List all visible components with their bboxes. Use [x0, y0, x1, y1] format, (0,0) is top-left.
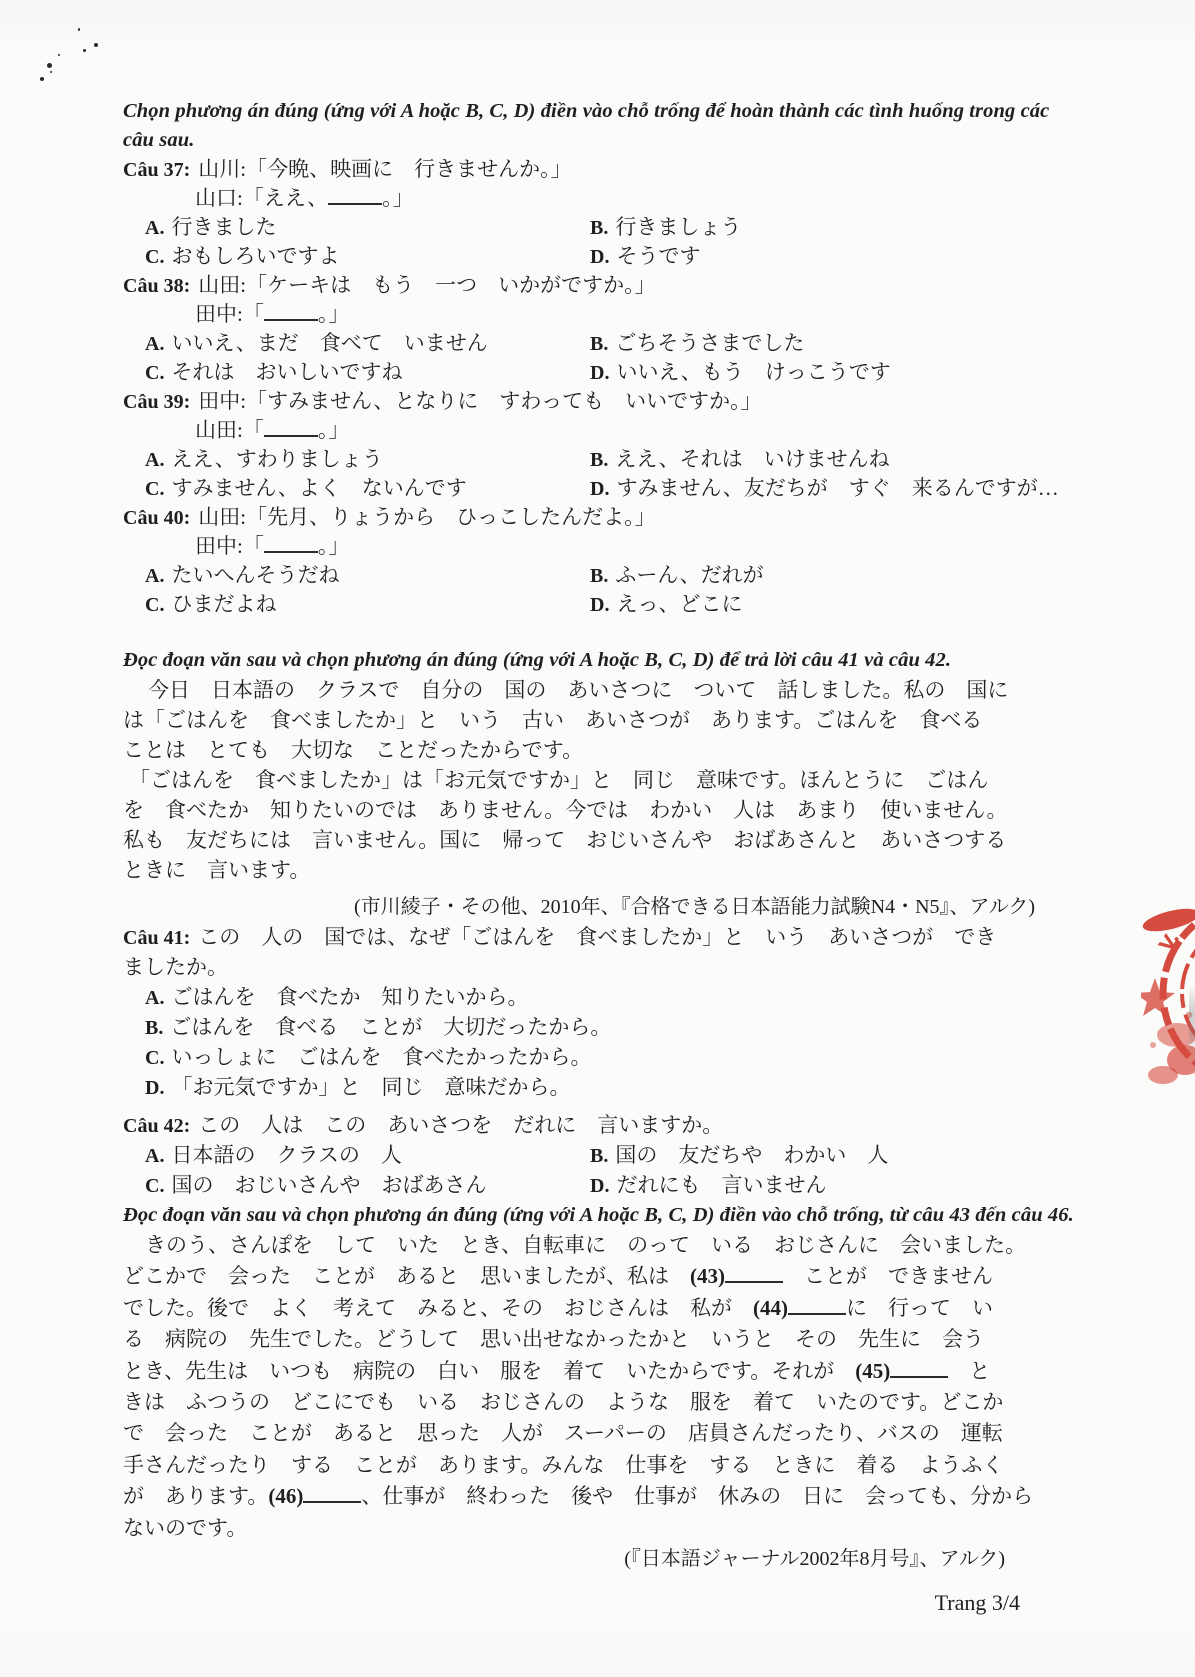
dialogue-text: 山田:「ケーキは もう 一つ いかがですか。」: [198, 273, 655, 297]
option-text: ごちそうさまでした: [615, 331, 804, 355]
option-row: C.すみません、よく ないんです D.すみません、友だちが すぐ 来るんですが…: [145, 474, 1035, 503]
blank-underline: [264, 302, 318, 321]
question-41-line-2: ましたか。: [123, 952, 1035, 982]
option-text: いっしょに ごはんを 食べたかったから。: [171, 1045, 591, 1069]
option-a: A.ごはんを 食べたか 知りたいから。: [145, 982, 1035, 1012]
option-letter: A.: [145, 449, 164, 471]
option-letter: B.: [590, 1145, 608, 1167]
passage-line: きのう、さんぽを して いた とき、自転車に のって いる おじさんに 会いまし…: [145, 1230, 1035, 1261]
option-letter: C.: [145, 1175, 164, 1197]
option-text: 行きましょう: [615, 215, 741, 239]
option-letter: A.: [145, 217, 164, 239]
option-letter: A.: [145, 565, 164, 587]
section-instruction-line-2: câu sau.: [123, 126, 1035, 155]
option-text: 日本語の クラスの 人: [171, 1143, 401, 1167]
option-a: A.日本語の クラスの 人: [145, 1140, 590, 1170]
question-label: Câu 39:: [123, 391, 190, 413]
red-stamp: V.: [1141, 895, 1195, 1090]
question-40-dialogue-2: 田中:「。」: [195, 532, 1035, 561]
option-a: A.ええ、すわりましょう: [145, 445, 590, 474]
ink-speck: [50, 71, 52, 73]
option-a: A.行きました: [145, 213, 590, 242]
question-38-dialogue-2: 田中:「。」: [195, 300, 1035, 329]
section-instruction-line-1: Chọn phương án đúng (ứng với A hoặc B, C…: [123, 97, 1035, 126]
option-letter: A.: [145, 333, 164, 355]
stamp-dot: [1150, 1042, 1156, 1048]
option-row: A.たいへんそうだね B.ふーん、だれが: [145, 561, 1035, 590]
option-letter: B.: [145, 1017, 163, 1039]
option-b: B.ごはんを 食べる ことが 大切だったから。: [145, 1012, 1035, 1042]
ink-speck: [94, 43, 98, 47]
question-label: Câu 37:: [123, 159, 190, 181]
option-c: C.ひまだよね: [145, 590, 590, 619]
option-c: C.おもしろいですよ: [145, 242, 590, 271]
blank-number-44: (44): [753, 1296, 788, 1320]
passage-line: 今日 日本語の クラスで 自分の 国の あいさつに ついて 話しました。私の 国…: [148, 675, 1035, 705]
passage-text: どこかで 会った ことが あると 思いましたが、私は: [123, 1264, 690, 1288]
dialogue-text: 。」: [382, 186, 414, 210]
passage-text: と: [948, 1359, 990, 1383]
ink-speck: [40, 77, 44, 81]
passage-line: ないのです。: [123, 1513, 1035, 1544]
question-37-dialogue-2: 山口:「ええ、。」: [195, 184, 1035, 213]
blank-number-43: (43): [690, 1264, 725, 1288]
dialogue-text: 田中:「すみません、となりに すわっても いいですか。」: [198, 389, 761, 413]
option-text: すみません、よく ないんです: [171, 476, 466, 500]
dialogue-text: 。」: [318, 302, 350, 326]
option-letter: C.: [145, 246, 164, 268]
dialogue-text: 田中:「: [195, 302, 264, 326]
option-letter: D.: [590, 362, 609, 384]
option-text: 国の 友だちや わかい 人: [615, 1143, 888, 1167]
dialogue-text: 。」: [318, 418, 350, 442]
option-d: D.いいえ、もう けっこうです: [590, 358, 891, 387]
blank-underline: [303, 1484, 361, 1503]
option-letter: B.: [590, 565, 608, 587]
reading-2-instruction: Đọc đoạn văn sau và chọn phương án đúng …: [123, 1200, 1035, 1230]
ink-speck: [83, 49, 86, 52]
scan-edge-shadow: [1189, 985, 1195, 1055]
option-a: A.たいへんそうだね: [145, 561, 590, 590]
reading-1-instruction: Đọc đoạn văn sau và chọn phương án đúng …: [123, 645, 1035, 675]
option-letter: D.: [590, 478, 609, 500]
option-text: ふーん、だれが: [615, 563, 763, 587]
option-text: いいえ、もう けっこうです: [616, 360, 890, 384]
option-c: C.いっしょに ごはんを 食べたかったから。: [145, 1042, 1035, 1072]
question-39-dialogue-2: 山田:「。」: [195, 416, 1035, 445]
option-a: A.いいえ、まだ 食べて いません: [145, 329, 590, 358]
option-b: B.ふーん、だれが: [590, 561, 764, 590]
question-40: Câu 40:山田:「先月、りょうから ひっこしたんだよ。」 田中:「。」 A.…: [123, 503, 1035, 619]
option-text: ひまだよね: [171, 592, 276, 616]
stamp-star: [1141, 978, 1175, 1016]
option-letter: B.: [590, 217, 608, 239]
stamp-letter-v: V.: [1155, 927, 1184, 956]
option-text: それは おいしいですね: [171, 360, 402, 384]
passage-line: ときに 言います。: [123, 855, 1035, 885]
question-42: Câu 42:この 人は この あいさつを だれに 言いますか。 A.日本語の …: [123, 1110, 1035, 1200]
dialogue-text: 山田:「先月、りょうから ひっこしたんだよ。」: [198, 505, 655, 529]
option-text: えっ、どこに: [616, 592, 742, 616]
dialogue-text: 山川:「今晩、映画に 行きませんか。」: [198, 157, 571, 181]
option-d: D.だれにも 言いません: [590, 1170, 826, 1200]
ink-speck: [78, 28, 80, 31]
passage-text: でした。後で よく 考えて みると、その おじさんは 私が: [123, 1296, 753, 1320]
option-letter: B.: [590, 449, 608, 471]
option-text: 国の おじいさんや おばあさん: [171, 1173, 486, 1197]
option-c: C.それは おいしいですね: [145, 358, 590, 387]
question-label: Câu 38:: [123, 275, 190, 297]
option-text: すみません、友だちが すぐ 来るんですが…: [616, 476, 1058, 500]
option-letter: D.: [590, 1175, 609, 1197]
passage-line: きは ふつうの どこにでも いる おじさんの ような 服を 着て いたのです。ど…: [123, 1387, 1035, 1418]
option-letter: A.: [145, 987, 164, 1009]
blank-underline: [264, 418, 318, 437]
question-text: この 人の 国では、なぜ「ごはんを 食べましたか」と いう あいさつが でき: [198, 925, 996, 949]
question-label: Câu 40:: [123, 507, 190, 529]
question-38-dialogue-1: Câu 38:山田:「ケーキは もう 一つ いかがですか。」: [123, 271, 1035, 300]
passage-text: が あります。: [123, 1484, 268, 1508]
option-text: ええ、すわりましょう: [171, 447, 382, 471]
stamp-blob: [1148, 1066, 1178, 1084]
option-letter: D.: [590, 594, 609, 616]
question-37: Câu 37:山川:「今晩、映画に 行きませんか。」 山口:「ええ、。」 A.行…: [123, 155, 1035, 271]
option-letter: B.: [590, 333, 608, 355]
option-d: D.「お元気ですか」と 同じ 意味だから。: [145, 1072, 1035, 1102]
passage-2-citation: (『日本語ジャーナル2002年8月号』、アルク): [123, 1544, 1035, 1575]
option-text: ごはんを 食べたか 知りたいから。: [171, 985, 528, 1009]
passage-text: ことが できません: [783, 1264, 993, 1288]
passage-text: 、仕事が 終わった 後や 仕事が 休みの 日に 会っても、分から: [361, 1484, 1033, 1508]
option-text: そうです: [616, 244, 700, 268]
question-text: この 人は この あいさつを だれに 言いますか。: [198, 1113, 723, 1137]
option-b: B.行きましょう: [590, 213, 741, 242]
question-39-dialogue-1: Câu 39:田中:「すみません、となりに すわっても いいですか。」: [123, 387, 1035, 416]
question-label: Câu 41:: [123, 927, 190, 949]
option-text: ごはんを 食べる ことが 大切だったから。: [170, 1015, 611, 1039]
option-text: いいえ、まだ 食べて いません: [171, 331, 487, 355]
option-text: おもしろいですよ: [171, 244, 339, 268]
question-41-line-1: Câu 41:この 人の 国では、なぜ「ごはんを 食べましたか」と いう あいさ…: [123, 922, 1035, 952]
blank-underline: [890, 1359, 948, 1378]
option-d: D.すみません、友だちが すぐ 来るんですが…: [590, 474, 1059, 503]
option-row: A.ええ、すわりましょう B.ええ、それは いけませんね: [145, 445, 1035, 474]
blank-underline: [725, 1265, 783, 1284]
option-letter: C.: [145, 478, 164, 500]
option-text: たいへんそうだね: [171, 563, 339, 587]
question-37-dialogue-1: Câu 37:山川:「今晩、映画に 行きませんか。」: [123, 155, 1035, 184]
passage-line: ことは とても 大切な ことだったからです。: [123, 735, 1035, 765]
option-letter: D.: [145, 1077, 164, 1099]
option-letter: C.: [145, 594, 164, 616]
passage-text: とき、先生は いつも 病院の 白い 服を 着て いたからです。それが: [123, 1359, 855, 1383]
option-letter: A.: [145, 1145, 164, 1167]
option-text: ええ、それは いけませんね: [615, 447, 889, 471]
option-letter: D.: [590, 246, 609, 268]
passage-line: が あります。(46)、仕事が 終わった 後や 仕事が 休みの 日に 会っても、…: [123, 1481, 1035, 1512]
option-letter: C.: [145, 1047, 164, 1069]
question-42-line-1: Câu 42:この 人は この あいさつを だれに 言いますか。: [123, 1110, 1035, 1140]
question-39: Câu 39:田中:「すみません、となりに すわっても いいですか。」 山田:「…: [123, 387, 1035, 503]
passage-line: を 食べたか 知りたいのでは ありません。今では わかい 人は あまり 使いませ…: [123, 795, 1035, 825]
passage-1-citation: (市川綾子・その他、2010年、『合格できる日本語能力試験N4・N5』、アルク): [123, 892, 1035, 922]
passage-line: でした。後で よく 考えて みると、その おじさんは 私が (44)に 行って …: [123, 1293, 1035, 1324]
blank-underline: [264, 534, 318, 553]
blank-underline: [328, 186, 382, 205]
option-text: だれにも 言いません: [616, 1173, 826, 1197]
dialogue-text: 。」: [318, 534, 350, 558]
passage-line: 「ごはんを 食べましたか」は「お元気ですか」と 同じ 意味です。ほんとうに ごは…: [129, 765, 1035, 795]
blank-number-46: (46): [268, 1484, 303, 1508]
ink-speck: [47, 63, 52, 68]
passage-line: 私も 友だちには 言いません。国に 帰って おじいさんや おばあさんと あいさつ…: [123, 825, 1035, 855]
option-row: A.日本語の クラスの 人 B.国の 友だちや わかい 人: [145, 1140, 1035, 1170]
question-label: Câu 42:: [123, 1115, 190, 1137]
dialogue-text: 田中:「: [195, 534, 264, 558]
passage-line: は「ごはんを 食べましたか」と いう 古い あいさつが あります。ごはんを 食べ…: [123, 705, 1035, 735]
passage-line: で 会った ことが あると 思った 人が スーパーの 店員さんだったり、バスの …: [123, 1418, 1035, 1449]
passage-text: に 行って い: [846, 1296, 993, 1320]
ink-speck: [58, 54, 60, 56]
option-text: 「お元気ですか」と 同じ 意味だから。: [171, 1075, 570, 1099]
page-number: Trang 3/4: [123, 1588, 1035, 1618]
option-d: D.えっ、どこに: [590, 590, 742, 619]
dialogue-text: 山口:「ええ、: [195, 186, 328, 210]
reading-passage-1: Đọc đoạn văn sau và chọn phương án đúng …: [123, 645, 1035, 922]
option-row: A.いいえ、まだ 食べて いません B.ごちそうさまでした: [145, 329, 1035, 358]
page-content: Chọn phương án đúng (ứng với A hoặc B, C…: [123, 97, 1035, 1618]
question-40-dialogue-1: Câu 40:山田:「先月、りょうから ひっこしたんだよ。」: [123, 503, 1035, 532]
option-text: 行きました: [171, 215, 276, 239]
blank-number-45: (45): [855, 1359, 890, 1383]
passage-line: とき、先生は いつも 病院の 白い 服を 着て いたからです。それが (45) …: [123, 1356, 1035, 1387]
option-row: C.それは おいしいですね D.いいえ、もう けっこうです: [145, 358, 1035, 387]
blank-underline: [788, 1296, 846, 1315]
stamp-dot: [1165, 1021, 1170, 1026]
option-c: C.すみません、よく ないんです: [145, 474, 590, 503]
dialogue-text: 山田:「: [195, 418, 264, 442]
option-row: C.国の おじいさんや おばあさん D.だれにも 言いません: [145, 1170, 1035, 1200]
option-row: A.行きました B.行きましょう: [145, 213, 1035, 242]
option-row: C.おもしろいですよ D.そうです: [145, 242, 1035, 271]
passage-line: 手さんだったり する ことが あります。みんな 仕事を する ときに 着る よう…: [123, 1450, 1035, 1481]
scanned-exam-page: Chọn phương án đúng (ứng với A hoặc B, C…: [0, 0, 1195, 1677]
option-letter: C.: [145, 362, 164, 384]
option-b: B.ごちそうさまでした: [590, 329, 804, 358]
passage-line: どこかで 会った ことが あると 思いましたが、私は (43) ことが できませ…: [123, 1261, 1035, 1292]
passage-line: る 病院の 先生でした。どうして 思い出せなかったかと いうと その 先生に 会…: [123, 1324, 1035, 1355]
option-row: C.ひまだよね D.えっ、どこに: [145, 590, 1035, 619]
reading-passage-2: Đọc đoạn văn sau và chọn phương án đúng …: [123, 1200, 1035, 1575]
option-b: B.国の 友だちや わかい 人: [590, 1140, 888, 1170]
option-c: C.国の おじいさんや おばあさん: [145, 1170, 590, 1200]
question-38: Câu 38:山田:「ケーキは もう 一つ いかがですか。」 田中:「。」 A.…: [123, 271, 1035, 387]
option-b: B.ええ、それは いけませんね: [590, 445, 890, 474]
question-41: Câu 41:この 人の 国では、なぜ「ごはんを 食べましたか」と いう あいさ…: [123, 922, 1035, 1102]
option-d: D.そうです: [590, 242, 700, 271]
